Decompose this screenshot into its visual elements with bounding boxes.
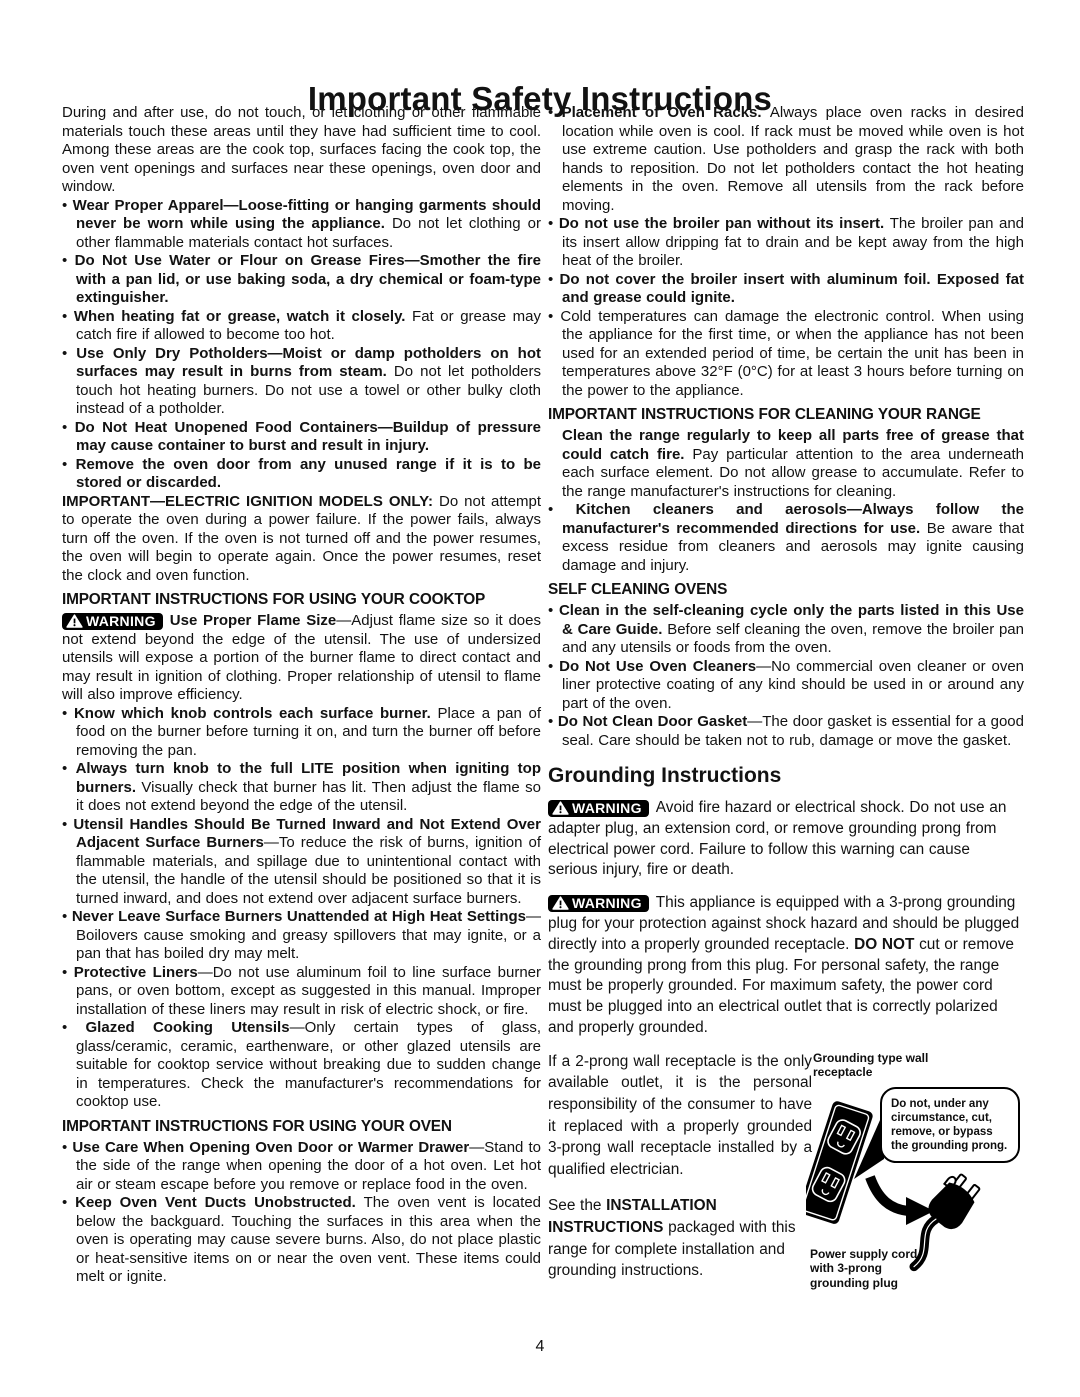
bullet-marker: •	[62, 345, 76, 362]
bold-text-run: When heating fat or grease, watch it clo…	[74, 308, 412, 325]
bold-text-run: IMPORTANT—ELECTRIC IGNITION MODELS ONLY:	[62, 493, 439, 510]
paragraph: If a 2-prong wall receptacle is the only…	[548, 1051, 812, 1181]
bold-text-run: Use Proper Flame Size	[170, 612, 337, 629]
bullet-item: • Use Only Dry Potholders—Moist or damp …	[62, 345, 541, 419]
text-run: Visually check that burner has lit. Then…	[76, 779, 541, 815]
bold-text-run: Know which knob controls each surface bu…	[74, 705, 438, 722]
bold-text-run: Use Care When Opening Oven Door or Warme…	[72, 1139, 469, 1156]
power-cord-label: Power supply cord with 3-prong grounding…	[810, 1247, 940, 1291]
text-run: Cold temperatures can damage the electro…	[560, 308, 1024, 399]
bullet-item: • Glazed Cooking Utensils—Only certain t…	[62, 1019, 541, 1112]
bold-text-run: Keep Oven Vent Ducts Unobstructed.	[75, 1194, 364, 1211]
bullet-marker: •	[548, 308, 560, 325]
bold-text-run: Do not cover the broiler insert with alu…	[560, 271, 1024, 307]
text-run: IMPORTANT INSTRUCTIONS FOR USING YOUR CO…	[62, 591, 485, 608]
warning-badge-label: WARNING	[86, 614, 156, 628]
text-run: During and after use, do not touch, or l…	[62, 104, 541, 195]
bullet-item: • When heating fat or grease, watch it c…	[62, 308, 541, 345]
warning-badge-label: WARNING	[572, 896, 642, 910]
bullet-item: • Do not use the broiler pan without its…	[548, 215, 1024, 271]
warning-badge: WARNING	[548, 800, 649, 817]
bullet-item: • Clean in the self-cleaning cycle only …	[548, 602, 1024, 658]
receptacle-label: Grounding type wall receptacle	[813, 1051, 933, 1080]
bold-text-run: Protective Liners	[74, 964, 198, 981]
manual-page: Important Safety Instructions During and…	[0, 0, 1080, 1397]
bullet-item: • Remove the oven door from any unused r…	[62, 456, 541, 493]
right-column-safety-blocks: • Placement of Oven Racks. Always place …	[548, 104, 1024, 750]
warning-paragraph: WARNINGThis appliance is equipped with a…	[548, 893, 1024, 1039]
warning-triangle-icon	[552, 801, 569, 815]
bullet-marker: •	[548, 215, 559, 232]
bold-text-run: DO NOT	[854, 936, 919, 953]
bullet-item: • Always turn knob to the full LITE posi…	[62, 760, 541, 816]
warning-triangle-icon	[66, 614, 83, 628]
arrow-graphic	[870, 1177, 934, 1225]
bullet-item: • Protective Liners—Do not use aluminum …	[62, 964, 541, 1020]
page-number: 4	[0, 1338, 1080, 1356]
section-heading: IMPORTANT INSTRUCTIONS FOR USING YOUR OV…	[62, 1116, 541, 1137]
bullet-marker: •	[62, 1139, 72, 1156]
bullet-item: • Utensil Handles Should Be Turned Inwar…	[62, 816, 541, 909]
bullet-item: • Do Not Use Oven Cleaners—No commercial…	[548, 658, 1024, 714]
bullet-marker: •	[62, 197, 73, 214]
grounding-section: Grounding Instructions WARNINGAvoid fire…	[548, 764, 1024, 1301]
bullet-marker: •	[548, 602, 559, 619]
bullet-marker: •	[548, 271, 560, 288]
grounding-footer-text: If a 2-prong wall receptacle is the only…	[548, 1051, 812, 1282]
warning-paragraph: WARNINGUse Proper Flame Size—Adjust flam…	[62, 612, 541, 705]
bullet-marker: •	[62, 1019, 86, 1036]
bullet-item: • Do Not Use Water or Flour on Grease Fi…	[62, 252, 541, 308]
bullet-item: • Kitchen cleaners and aerosols—Always f…	[548, 501, 1024, 575]
bullet-item: • Do Not Clean Door Gasket—The door gask…	[548, 713, 1024, 750]
grounding-warning-blocks: WARNINGAvoid fire hazard or electrical s…	[548, 798, 1024, 1039]
bullet-item: • Know which knob controls each surface …	[62, 705, 541, 761]
warning-paragraph: WARNINGAvoid fire hazard or electrical s…	[548, 798, 1024, 881]
bullet-marker: •	[62, 816, 73, 833]
text-run: See the	[548, 1197, 606, 1214]
warning-badge-label: WARNING	[572, 801, 642, 815]
text-run: SELF CLEANING OVENS	[548, 581, 727, 598]
bullet-marker: •	[548, 713, 558, 730]
bullet-marker: •	[62, 705, 74, 722]
bold-text-run: Do Not Heat Unopened Food Containers—Bui…	[75, 419, 541, 455]
paragraph: During and after use, do not touch, or l…	[62, 104, 541, 197]
bullet-marker: •	[62, 419, 75, 436]
bold-text-run: Remove the oven door from any unused ran…	[76, 456, 541, 492]
bullet-marker: •	[548, 501, 576, 518]
warning-badge: WARNING	[62, 613, 163, 630]
bold-text-run: Never Leave Surface Burners Unattended a…	[72, 908, 526, 925]
callout-bubble: Do not, under any circumstance, cut, rem…	[880, 1087, 1020, 1163]
bullet-marker: •	[62, 456, 76, 473]
bullet-item: • Do not cover the broiler insert with a…	[548, 271, 1024, 308]
bullet-marker: •	[548, 104, 562, 121]
bullet-marker: •	[62, 1194, 75, 1211]
bold-text-run: Do Not Use Oven Cleaners	[559, 658, 756, 675]
left-column: During and after use, do not touch, or l…	[62, 104, 541, 1287]
grounding-section-title: Grounding Instructions	[548, 764, 1024, 788]
text-run: IMPORTANT INSTRUCTIONS FOR USING YOUR OV…	[62, 1118, 452, 1135]
bullet-marker: •	[62, 308, 74, 325]
bullet-item: • Never Leave Surface Burners Unattended…	[62, 908, 541, 964]
bold-text-run: Do Not Use Water or Flour on Grease Fire…	[75, 252, 541, 306]
section-heading: IMPORTANT INSTRUCTIONS FOR CLEANING YOUR…	[548, 404, 1024, 425]
bullet-marker: •	[62, 908, 72, 925]
bold-text-run: Glazed Cooking Utensils	[86, 1019, 290, 1036]
grounding-footer: If a 2-prong wall receptacle is the only…	[548, 1051, 1024, 1301]
bullet-marker: •	[62, 252, 75, 269]
paragraph: IMPORTANT—ELECTRIC IGNITION MODELS ONLY:…	[62, 493, 541, 586]
bullet-item: • Do Not Heat Unopened Food Containers—B…	[62, 419, 541, 456]
warning-badge: WARNING	[548, 895, 649, 912]
bold-text-run: Do not use the broiler pan without its i…	[559, 215, 890, 232]
section-heading: SELF CLEANING OVENS	[548, 579, 1024, 600]
bullet-marker: •	[62, 760, 76, 777]
warning-triangle-icon	[552, 896, 569, 910]
bold-text-run: Do Not Clean Door Gasket	[558, 713, 747, 730]
grounding-illustration: Grounding type wall receptacle Do not, u…	[806, 1047, 1024, 1299]
paragraph: See the INSTALLATION INSTRUCTIONS packag…	[548, 1195, 812, 1281]
text-run: IMPORTANT INSTRUCTIONS FOR CLEANING YOUR…	[548, 406, 981, 423]
bullet-item: • Cold temperatures can damage the elect…	[548, 308, 1024, 401]
section-heading: IMPORTANT INSTRUCTIONS FOR USING YOUR CO…	[62, 589, 541, 610]
bold-text-run: Placement of Oven Racks.	[562, 104, 770, 121]
bullet-item: • Keep Oven Vent Ducts Unobstructed. The…	[62, 1194, 541, 1287]
bullet-item: • Placement of Oven Racks. Always place …	[548, 104, 1024, 215]
indented-paragraph: Clean the range regularly to keep all pa…	[548, 427, 1024, 501]
bullet-item: • Wear Proper Apparel—Loose-fitting or h…	[62, 197, 541, 253]
bullet-marker: •	[548, 658, 559, 675]
bullet-marker: •	[62, 964, 74, 981]
text-run: If a 2-prong wall receptacle is the only…	[548, 1053, 812, 1178]
bullet-item: • Use Care When Opening Oven Door or War…	[62, 1139, 541, 1195]
right-column: • Placement of Oven Racks. Always place …	[548, 104, 1024, 1301]
